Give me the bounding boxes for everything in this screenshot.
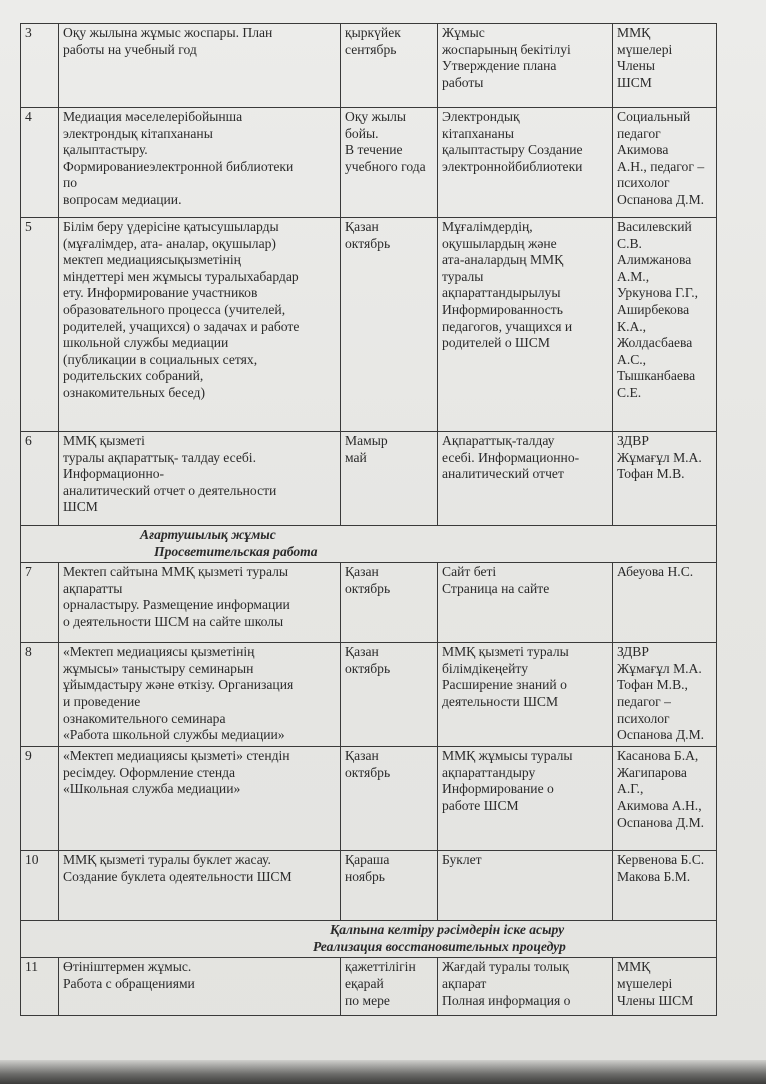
result-cell: Ақпараттық-талдауесебі. Информационно-ан… bbox=[438, 432, 613, 526]
responsible-cell-line: Жұмағұл М.А. bbox=[617, 661, 713, 678]
event-cell-line: «Школьная служба медиации» bbox=[63, 781, 337, 798]
scanned-page: 3Оқу жылына жұмыс жоспары. Планработы на… bbox=[0, 0, 766, 1060]
mediation-plan-table: 3Оқу жылына жұмыс жоспары. Планработы на… bbox=[20, 23, 717, 1016]
responsible-cell: Кервенова Б.С.Макова Б.М. bbox=[613, 851, 717, 921]
result-cell-line: Жағдай туралы толық bbox=[442, 959, 609, 976]
event-cell-line: Медиация мәселелерібойынша bbox=[63, 109, 337, 126]
event-cell-line: вопросам медиации. bbox=[63, 192, 337, 209]
responsible-cell-line: А.С., bbox=[617, 352, 713, 369]
date-cell-line: по мере bbox=[345, 993, 434, 1010]
responsible-cell: Абеуова Н.С. bbox=[613, 563, 717, 643]
event-cell-line: ознакомительного семинара bbox=[63, 711, 337, 728]
responsible-cell-line: ММҚ bbox=[617, 959, 713, 976]
event-cell: «Мектеп медиациясы қызметі» стендінресім… bbox=[59, 747, 341, 851]
result-cell-line: Полная информация о bbox=[442, 993, 609, 1010]
result-cell: Жағдай туралы толықақпаратПолная информа… bbox=[438, 958, 613, 1016]
responsible-cell: Социальныйпедагог АкимоваА.Н., педагог –… bbox=[613, 108, 717, 218]
event-cell-line: Формированиеэлектронной библиотеки bbox=[63, 159, 337, 176]
result-cell-line: Буклет bbox=[442, 852, 609, 869]
table-row: 9«Мектеп медиациясы қызметі» стендінресі… bbox=[21, 747, 717, 851]
result-cell-line: ақпараттандыру bbox=[442, 765, 609, 782]
event-cell-line: ознакомительных бесед) bbox=[63, 385, 337, 402]
date-cell-line: Қазан bbox=[345, 644, 434, 661]
result-cell-line: электроннойбиблиотеки bbox=[442, 159, 609, 176]
responsible-cell-line: ЗДВР bbox=[617, 644, 713, 661]
result-cell-line: ММҚ жұмысы туралы bbox=[442, 748, 609, 765]
section-header-education: Ағартушылық жұмыс Просветительская работ… bbox=[21, 526, 717, 563]
date-cell-line: Оқу жылы bbox=[345, 109, 434, 126]
responsible-cell-line: Жұмағұл М.А. bbox=[617, 450, 713, 467]
responsible-cell-line: педагог – bbox=[617, 694, 713, 711]
event-cell-line: электрондық кітапхананы bbox=[63, 126, 337, 143]
section-title-ru: Просветительская работа bbox=[25, 544, 713, 561]
date-cell-line: қыркүйек bbox=[345, 25, 434, 42]
result-cell-line: деятельности ШСМ bbox=[442, 694, 609, 711]
event-cell-line: Мектеп сайтына ММҚ қызметі туралы bbox=[63, 564, 337, 581]
event-cell-line: міндеттері мен жұмысы туралыхабардар bbox=[63, 269, 337, 286]
event-cell-line: ету. Информирование участников bbox=[63, 285, 337, 302]
responsible-cell-line: Кервенова Б.С. bbox=[617, 852, 713, 869]
row-number: 11 bbox=[21, 958, 59, 1016]
responsible-cell-line: С.Е. bbox=[617, 385, 713, 402]
event-cell-line: и проведение bbox=[63, 694, 337, 711]
result-cell-line: оқушылардың және bbox=[442, 236, 609, 253]
event-cell-line: туралы ақпараттық- талдау есебі. bbox=[63, 450, 337, 467]
date-cell: Қазаноктябрь bbox=[341, 563, 438, 643]
row-number: 5 bbox=[21, 218, 59, 432]
date-cell-line: октябрь bbox=[345, 236, 434, 253]
event-cell-line: аналитический отчет о деятельности bbox=[63, 483, 337, 500]
event-cell-line: образовательного процесса (учителей, bbox=[63, 302, 337, 319]
table-row: 8«Мектеп медиациясы қызметініңжұмысы» та… bbox=[21, 643, 717, 747]
event-cell-line: Информационно- bbox=[63, 466, 337, 483]
responsible-cell-line: мүшелері Члены bbox=[617, 42, 713, 75]
event-cell-line: «Мектеп медиациясы қызметі» стендін bbox=[63, 748, 337, 765]
date-cell-line: октябрь bbox=[345, 765, 434, 782]
photo-background-edge bbox=[0, 1060, 766, 1084]
result-cell: Мұғалімдердің,оқушылардың жәнеата-аналар… bbox=[438, 218, 613, 432]
event-cell: ММҚ қызметітуралы ақпараттық- талдау есе… bbox=[59, 432, 341, 526]
table-row: 6ММҚ қызметітуралы ақпараттық- талдау ес… bbox=[21, 432, 717, 526]
responsible-cell: Касанова Б.А,Жагипарова А.Г.,Акимова А.Н… bbox=[613, 747, 717, 851]
responsible-cell-line: Макова Б.М. bbox=[617, 869, 713, 886]
event-cell-line: ММҚ қызметі туралы буклет жасау. bbox=[63, 852, 337, 869]
date-cell-line: ноябрь bbox=[345, 869, 434, 886]
event-cell-line: родителей, учащихся) о задачах и работе bbox=[63, 319, 337, 336]
responsible-cell-line: Акимова А.Н., bbox=[617, 798, 713, 815]
result-cell-line: педагогов, учащихся и bbox=[442, 319, 609, 336]
responsible-cell-line: психолог bbox=[617, 711, 713, 728]
responsible-cell: ММҚмүшелеріЧлены ШСМ bbox=[613, 958, 717, 1016]
date-cell: Қазаноктябрь bbox=[341, 747, 438, 851]
event-cell: «Мектеп медиациясы қызметініңжұмысы» тан… bbox=[59, 643, 341, 747]
event-cell-line: ММҚ қызметі bbox=[63, 433, 337, 450]
date-cell-line: Қараша bbox=[345, 852, 434, 869]
responsible-cell-line: мүшелері bbox=[617, 976, 713, 993]
event-cell-line: ақпаратты bbox=[63, 581, 337, 598]
event-cell-line: школьной службы медиации bbox=[63, 335, 337, 352]
date-cell-line: Қазан bbox=[345, 748, 434, 765]
responsible-cell-line: Социальный bbox=[617, 109, 713, 126]
responsible-cell-line: Тофан М.В., bbox=[617, 677, 713, 694]
responsible-cell-line: Тышканбаева bbox=[617, 368, 713, 385]
event-cell: Өтініштермен жұмыс.Работа с обращениями bbox=[59, 958, 341, 1016]
responsible-cell-line: ММҚ bbox=[617, 25, 713, 42]
result-cell: Сайт бетіСтраница на сайте bbox=[438, 563, 613, 643]
date-cell-line: октябрь bbox=[345, 581, 434, 598]
date-cell-line: еқарай bbox=[345, 976, 434, 993]
table-row: 7Мектеп сайтына ММҚ қызметі туралыақпара… bbox=[21, 563, 717, 643]
event-cell-line: Создание буклета одеятельности ШСМ bbox=[63, 869, 337, 886]
event-cell: ММҚ қызметі туралы буклет жасау.Создание… bbox=[59, 851, 341, 921]
event-cell-line: о деятельности ШСМ на сайте школы bbox=[63, 614, 337, 631]
event-cell-line: жұмысы» таныстыру семинарын bbox=[63, 661, 337, 678]
result-cell-line: работы bbox=[442, 75, 609, 92]
result-cell-line: родителей о ШСМ bbox=[442, 335, 609, 352]
responsible-cell-line: ШСМ bbox=[617, 75, 713, 92]
responsible-cell-line: Касанова Б.А, bbox=[617, 748, 713, 765]
event-cell: Білім беру үдерісіне қатысушыларды(мұғал… bbox=[59, 218, 341, 432]
date-cell-line: Мамыр bbox=[345, 433, 434, 450]
result-cell-line: қалыптастыру Создание bbox=[442, 142, 609, 159]
result-cell-line: Ақпараттық-талдау bbox=[442, 433, 609, 450]
date-cell: Қазаноктябрь bbox=[341, 643, 438, 747]
result-cell: Жұмысжоспарының бекітілуіУтверждение пла… bbox=[438, 24, 613, 108]
result-cell-line: жоспарының бекітілуі bbox=[442, 42, 609, 59]
date-cell-line: май bbox=[345, 450, 434, 467]
responsible-cell-line: психолог bbox=[617, 175, 713, 192]
row-number: 3 bbox=[21, 24, 59, 108]
responsible-cell-line: Оспанова Д.М. bbox=[617, 192, 713, 209]
responsible-cell: ЗДВРЖұмағұл М.А.Тофан М.В.,педагог –псих… bbox=[613, 643, 717, 747]
result-cell: ММҚ жұмысы туралыақпараттандыруИнформиро… bbox=[438, 747, 613, 851]
event-cell-line: Оқу жылына жұмыс жоспары. План bbox=[63, 25, 337, 42]
event-cell: Медиация мәселелерібойыншаэлектрондық кі… bbox=[59, 108, 341, 218]
result-cell-line: Мұғалімдердің, bbox=[442, 219, 609, 236]
result-cell-line: білімдікеңейту bbox=[442, 661, 609, 678]
event-cell-line: Работа с обращениями bbox=[63, 976, 337, 993]
date-cell: қажеттілігінеқарайпо мере bbox=[341, 958, 438, 1016]
responsible-cell: ММҚмүшелері ЧленыШСМ bbox=[613, 24, 717, 108]
result-cell-line: Расширение знаний о bbox=[442, 677, 609, 694]
result-cell-line: кітапхананы bbox=[442, 126, 609, 143]
section-title-kz: Қалпына келтіру рәсімдерін іске асыру bbox=[25, 922, 713, 939]
date-cell: Қазаноктябрь bbox=[341, 218, 438, 432]
result-cell-line: ақпараттандырылуы bbox=[442, 285, 609, 302]
responsible-cell-line: Василевский С.В. bbox=[617, 219, 713, 252]
result-cell-line: Электрондық bbox=[442, 109, 609, 126]
date-cell-line: Қазан bbox=[345, 564, 434, 581]
responsible-cell-line: А.Н., педагог – bbox=[617, 159, 713, 176]
row-number: 6 bbox=[21, 432, 59, 526]
responsible-cell-line: Оспанова Д.М. bbox=[617, 815, 713, 832]
event-cell-line: работы на учебный год bbox=[63, 42, 337, 59]
responsible-cell-line: Уркунова Г.Г., bbox=[617, 285, 713, 302]
result-cell: Электрондықкітапхананықалыптастыру Созда… bbox=[438, 108, 613, 218]
responsible-cell-line: Абеуова Н.С. bbox=[617, 564, 713, 581]
section-title-kz: Ағартушылық жұмыс bbox=[25, 527, 713, 544]
event-cell-line: ресімдеу. Оформление стенда bbox=[63, 765, 337, 782]
responsible-cell-line: Оспанова Д.М. bbox=[617, 727, 713, 744]
table-row: 4Медиация мәселелерібойыншаэлектрондық к… bbox=[21, 108, 717, 218]
event-cell-line: қалыптастыру. bbox=[63, 142, 337, 159]
responsible-cell-line: А.М., bbox=[617, 269, 713, 286]
date-cell-line: сентябрь bbox=[345, 42, 434, 59]
date-cell-line: қажеттілігін bbox=[345, 959, 434, 976]
result-cell-line: Утверждение плана bbox=[442, 58, 609, 75]
date-cell: Оқу жылыбойы.В течениеучебного года bbox=[341, 108, 438, 218]
responsible-cell-line: Аширбекова К.А., bbox=[617, 302, 713, 335]
section-title-ru: Реализация восстановительных процедур bbox=[25, 939, 713, 956]
table-row: 5Білім беру үдерісіне қатысушыларды(мұға… bbox=[21, 218, 717, 432]
result-cell-line: Информирование о bbox=[442, 781, 609, 798]
event-cell-line: ұйымдастыру және өткізу. Организация bbox=[63, 677, 337, 694]
date-cell-line: В течение bbox=[345, 142, 434, 159]
responsible-cell-line: Алимжанова bbox=[617, 252, 713, 269]
result-cell-line: работе ШСМ bbox=[442, 798, 609, 815]
responsible-cell-line: Жагипарова А.Г., bbox=[617, 765, 713, 798]
table-row: 10ММҚ қызметі туралы буклет жасау.Создан… bbox=[21, 851, 717, 921]
row-number: 4 bbox=[21, 108, 59, 218]
result-cell-line: Информированность bbox=[442, 302, 609, 319]
date-cell-line: учебного года bbox=[345, 159, 434, 176]
date-cell: Қарашаноябрь bbox=[341, 851, 438, 921]
result-cell-line: Жұмыс bbox=[442, 25, 609, 42]
event-cell: Оқу жылына жұмыс жоспары. Планработы на … bbox=[59, 24, 341, 108]
event-cell-line: «Работа школьной службы медиации» bbox=[63, 727, 337, 744]
result-cell-line: ақпарат bbox=[442, 976, 609, 993]
result-cell-line: туралы bbox=[442, 269, 609, 286]
row-number: 8 bbox=[21, 643, 59, 747]
result-cell-line: аналитический отчет bbox=[442, 466, 609, 483]
event-cell-line: орналастыру. Размещение информации bbox=[63, 597, 337, 614]
result-cell-line: Страница на сайте bbox=[442, 581, 609, 598]
event-cell-line: (публикации в социальных сетях, bbox=[63, 352, 337, 369]
responsible-cell: Василевский С.В.АлимжановаА.М.,Уркунова … bbox=[613, 218, 717, 432]
event-cell-line: ШСМ bbox=[63, 499, 337, 516]
result-cell-line: ММҚ қызметі туралы bbox=[442, 644, 609, 661]
row-number: 9 bbox=[21, 747, 59, 851]
result-cell: Буклет bbox=[438, 851, 613, 921]
row-number: 7 bbox=[21, 563, 59, 643]
event-cell-line: Өтініштермен жұмыс. bbox=[63, 959, 337, 976]
date-cell-line: Қазан bbox=[345, 219, 434, 236]
date-cell-line: бойы. bbox=[345, 126, 434, 143]
responsible-cell-line: Тофан М.В. bbox=[617, 466, 713, 483]
section-header-restorative: Қалпына келтіру рәсімдерін іске асыру Ре… bbox=[21, 921, 717, 958]
responsible-cell-line: педагог Акимова bbox=[617, 126, 713, 159]
event-cell-line: (мұғалімдер, ата- аналар, оқушылар) bbox=[63, 236, 337, 253]
result-cell: ММҚ қызметі туралыбілімдікеңейтуРасширен… bbox=[438, 643, 613, 747]
event-cell-line: родительских собраний, bbox=[63, 368, 337, 385]
event-cell-line: мектеп медиациясықызметінің bbox=[63, 252, 337, 269]
responsible-cell-line: ЗДВР bbox=[617, 433, 713, 450]
result-cell-line: есебі. Информационно- bbox=[442, 450, 609, 467]
event-cell-line: «Мектеп медиациясы қызметінің bbox=[63, 644, 337, 661]
date-cell-line: октябрь bbox=[345, 661, 434, 678]
event-cell-line: Білім беру үдерісіне қатысушыларды bbox=[63, 219, 337, 236]
result-cell-line: ата-аналардың ММҚ bbox=[442, 252, 609, 269]
event-cell: Мектеп сайтына ММҚ қызметі туралыақпарат… bbox=[59, 563, 341, 643]
date-cell: қыркүйексентябрь bbox=[341, 24, 438, 108]
responsible-cell-line: Жолдасбаева bbox=[617, 335, 713, 352]
table-row: 3Оқу жылына жұмыс жоспары. Планработы на… bbox=[21, 24, 717, 108]
table-row: 11Өтініштермен жұмыс.Работа с обращениям… bbox=[21, 958, 717, 1016]
row-number: 10 bbox=[21, 851, 59, 921]
event-cell-line: по bbox=[63, 175, 337, 192]
date-cell: Мамырмай bbox=[341, 432, 438, 526]
responsible-cell-line: Члены ШСМ bbox=[617, 993, 713, 1010]
responsible-cell: ЗДВРЖұмағұл М.А.Тофан М.В. bbox=[613, 432, 717, 526]
result-cell-line: Сайт беті bbox=[442, 564, 609, 581]
